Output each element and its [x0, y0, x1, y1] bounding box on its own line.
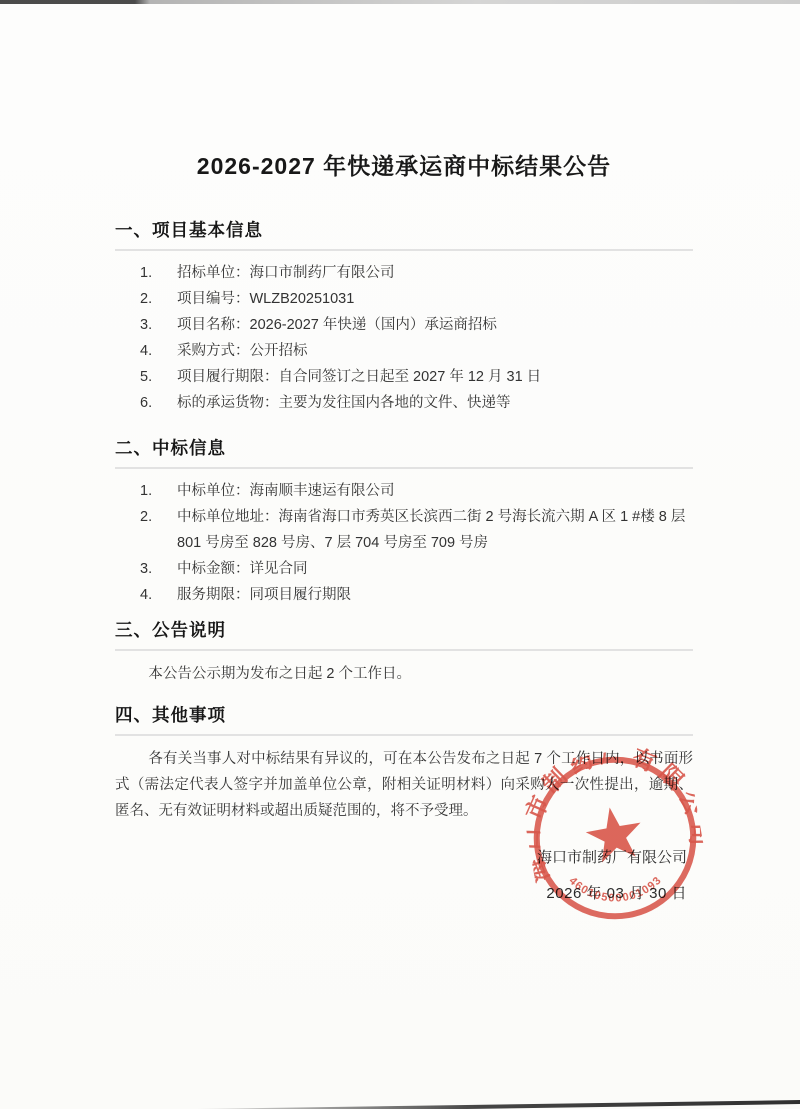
list-item-text: 中标金额：详见合同 — [177, 556, 693, 582]
section-3-heading: 三、公告说明 — [115, 618, 693, 651]
document-title: 2026-2027 年快递承运商中标结果公告 — [115, 0, 693, 182]
signature-company-name: 海口市制药厂有限公司 — [115, 848, 687, 868]
signature-block: 海口市制药厂有限公司 2026 年 03 月 30 日 — [115, 848, 693, 904]
section-4-heading: 四、其他事项 — [115, 703, 693, 736]
section-3-paragraph: 本公告公示期为发布之日起 2 个工作日。 — [115, 661, 693, 687]
list-item-number: 4. — [140, 582, 177, 608]
list-item-text: 招标单位：海口市制药厂有限公司 — [177, 260, 693, 286]
list-item: 3. 项目名称：2026-2027 年快递（国内）承运商招标 — [140, 312, 693, 338]
section-2-heading: 二、中标信息 — [115, 436, 693, 469]
section-1-list: 1. 招标单位：海口市制药厂有限公司 2. 项目编号：WLZB20251031 … — [140, 260, 693, 416]
list-item: 2. 中标单位地址：海南省海口市秀英区长滨西二街 2 号海长流六期 A 区 1 … — [140, 504, 693, 556]
list-item-text: 服务期限：同项目履行期限 — [177, 582, 693, 608]
scanned-document-page: 2026-2027 年快递承运商中标结果公告 一、项目基本信息 1. 招标单位：… — [0, 0, 800, 1109]
list-item-text: 中标单位：海南顺丰速运有限公司 — [177, 478, 693, 504]
section-1-heading: 一、项目基本信息 — [115, 218, 693, 251]
list-item-number: 5. — [140, 364, 177, 390]
list-item-text: 标的承运货物：主要为发往国内各地的文件、快递等 — [177, 390, 693, 416]
list-item: 2. 项目编号：WLZB20251031 — [140, 286, 693, 312]
list-item-text: 项目名称：2026-2027 年快递（国内）承运商招标 — [177, 312, 693, 338]
list-item-text: 项目编号：WLZB20251031 — [177, 286, 693, 312]
list-item-number: 1. — [140, 478, 177, 504]
signature-date: 2026 年 03 月 30 日 — [115, 884, 687, 904]
list-item-number: 6. — [140, 390, 177, 416]
list-item-text: 采购方式：公开招标 — [177, 338, 693, 364]
list-item: 4. 采购方式：公开招标 — [140, 338, 693, 364]
document-content: 2026-2027 年快递承运商中标结果公告 一、项目基本信息 1. 招标单位：… — [115, 0, 693, 904]
list-item-text: 中标单位地址：海南省海口市秀英区长滨西二街 2 号海长流六期 A 区 1 #楼 … — [177, 504, 693, 556]
list-item-number: 3. — [140, 312, 177, 338]
list-item-number: 4. — [140, 338, 177, 364]
list-item-text: 项目履行期限：自合同签订之日起至 2027 年 12 月 31 日 — [177, 364, 693, 390]
scanner-bottom-edge-artifact — [150, 1100, 800, 1109]
list-item: 4. 服务期限：同项目履行期限 — [140, 582, 693, 608]
list-item: 6. 标的承运货物：主要为发往国内各地的文件、快递等 — [140, 390, 693, 416]
section-2-list: 1. 中标单位：海南顺丰速运有限公司 2. 中标单位地址：海南省海口市秀英区长滨… — [140, 478, 693, 608]
list-item-number: 2. — [140, 504, 177, 556]
section-4-paragraph: 各有关当事人对中标结果有异议的，可在本公告发布之日起 7 个工作日内，以书面形式… — [115, 746, 693, 824]
list-item: 3. 中标金额：详见合同 — [140, 556, 693, 582]
list-item: 5. 项目履行期限：自合同签订之日起至 2027 年 12 月 31 日 — [140, 364, 693, 390]
list-item: 1. 中标单位：海南顺丰速运有限公司 — [140, 478, 693, 504]
list-item-number: 1. — [140, 260, 177, 286]
list-item-number: 3. — [140, 556, 177, 582]
list-item: 1. 招标单位：海口市制药厂有限公司 — [140, 260, 693, 286]
list-item-number: 2. — [140, 286, 177, 312]
